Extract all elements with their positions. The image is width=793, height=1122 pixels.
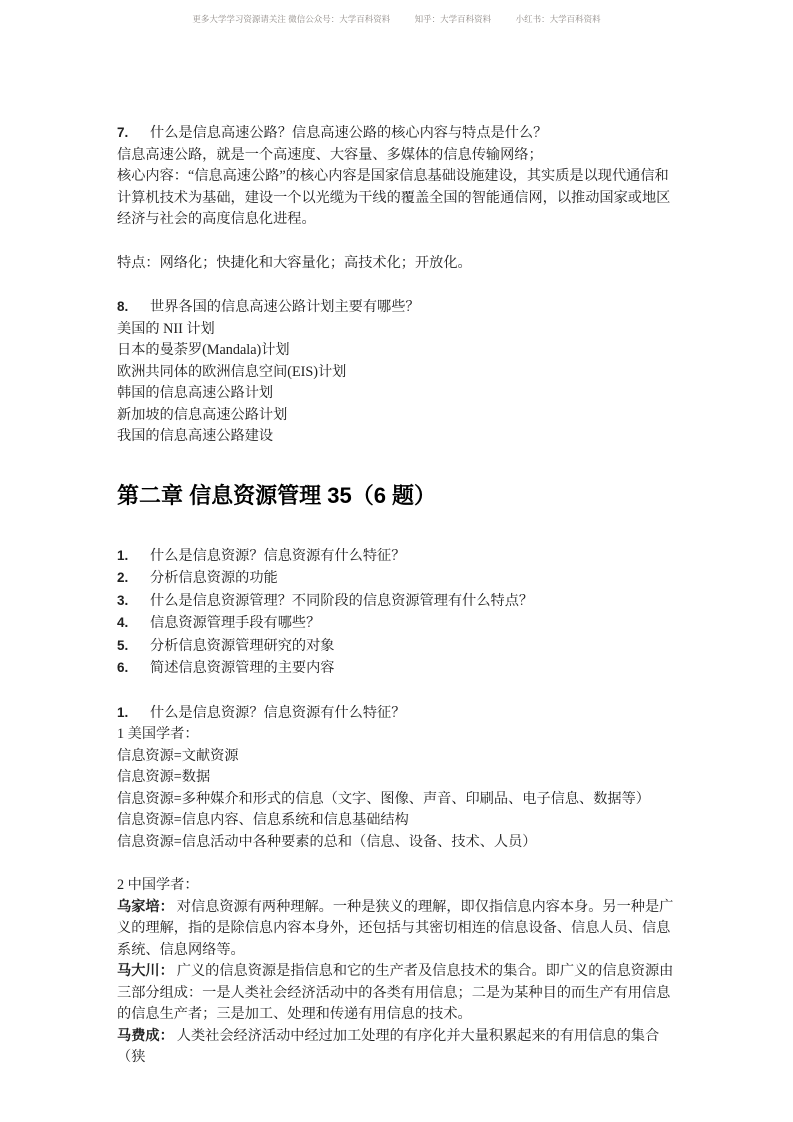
header-promo-text: 更多大学学习资源请关注 微信公众号：大学百科资料 [192, 14, 390, 24]
scholar-view: 广义的信息资源是指信息和它的生产者及信息技术的集合。即广义的信息资源由三部分组成… [117, 963, 673, 1022]
page-header: 更多大学学习资源请关注 微信公众号：大学百科资料 知乎：大学百科资料 小红书：大… [0, 0, 793, 25]
answer-1-question-text: 什么是信息资源？信息资源有什么特征？ [150, 705, 405, 721]
plan-item: 美国的 NII 计划 [117, 319, 676, 341]
question-7-text: 什么是信息高速公路？信息高速公路的核心内容与特点是什么？ [150, 125, 547, 141]
scholar-name: 乌家培： [117, 899, 174, 915]
question-item-number: 3. [117, 590, 150, 612]
question-7-number: 7. [117, 122, 150, 144]
question-item-text: 信息资源管理手段有哪些？ [150, 615, 320, 631]
scholar-name: 马大川： [117, 963, 174, 979]
chapter-question-list: 1.什么是信息资源？信息资源有什么特征？ 2.分析信息资源的功能 3.什么是信息… [117, 545, 676, 680]
document-page: 更多大学学习资源请关注 微信公众号：大学百科资料 知乎：大学百科资料 小红书：大… [0, 0, 793, 1122]
question-item-number: 4. [117, 612, 150, 634]
answer-1-question-line: 1.什么是信息资源？信息资源有什么特征？ [117, 702, 676, 725]
question-8-text: 世界各国的信息高速公路计划主要有哪些？ [150, 299, 420, 315]
q7-features-paragraph: 特点：网络化；快捷化和大容量化；高技术化；开放化。 [117, 253, 676, 275]
scholar-view: 人类社会经济活动中经过加工处理的有序化并大量积累起来的有用信息的集合（狭 [117, 1028, 659, 1066]
definition-line: 信息资源=数据 [117, 767, 676, 789]
american-scholars-label: 1 美国学者： [117, 724, 676, 746]
header-zhihu-text: 知乎：大学百科资料 [415, 14, 492, 24]
answer-1-number: 1. [117, 702, 150, 724]
chinese-scholars-label: 2 中国学者： [117, 875, 676, 897]
definition-line: 信息资源=信息内容、信息系统和信息基础结构 [117, 810, 676, 832]
question-item-text: 分析信息资源管理研究的对象 [150, 638, 334, 654]
scholar-paragraph: 乌家培：对信息资源有两种理解。一种是狭义的理解，即仅指信息内容本身。另一种是广义… [117, 897, 676, 962]
question-item: 5.分析信息资源管理研究的对象 [117, 635, 676, 658]
question-item: 6.简述信息资源管理的主要内容 [117, 657, 676, 680]
chapter-title: 第二章 信息资源管理 35（6 题） [117, 482, 676, 509]
plan-item: 日本的曼荼罗(Mandala)计划 [117, 340, 676, 362]
question-item: 3.什么是信息资源管理？不同阶段的信息资源管理有什么特点？ [117, 590, 676, 613]
question-item-number: 1. [117, 545, 150, 567]
question-item-text: 分析信息资源的功能 [150, 570, 278, 586]
question-item-text: 什么是信息资源管理？不同阶段的信息资源管理有什么特点？ [150, 593, 533, 609]
scholar-name: 马费成： [117, 1028, 174, 1044]
definition-line: 信息资源=文献资源 [117, 746, 676, 768]
definition-line: 信息资源=信息活动中各种要素的总和（信息、设备、技术、人员） [117, 832, 676, 854]
question-item-number: 5. [117, 635, 150, 657]
question-item: 4.信息资源管理手段有哪些？ [117, 612, 676, 635]
q7-definition-paragraph: 信息高速公路，就是一个高速度、大容量、多媒体的信息传输网络； [117, 145, 676, 167]
scholar-paragraph: 马大川：广义的信息资源是指信息和它的生产者及信息技术的集合。即广义的信息资源由三… [117, 961, 676, 1026]
plan-item: 韩国的信息高速公路计划 [117, 383, 676, 405]
plan-item: 我国的信息高速公路建设 [117, 426, 676, 448]
question-item: 2.分析信息资源的功能 [117, 567, 676, 590]
definition-line: 信息资源=多种媒介和形式的信息（文字、图像、声音、印刷品、电子信息、数据等） [117, 789, 676, 811]
plan-item: 欧洲共同体的欧洲信息空间(EIS)计划 [117, 362, 676, 384]
q7-core-content-paragraph: 核心内容：“信息高速公路”的核心内容是国家信息基础设施建设，其实质是以现代通信和… [117, 166, 676, 231]
header-xiaohongshu-text: 小红书：大学百科资料 [516, 14, 601, 24]
scholar-paragraph: 马费成：人类社会经济活动中经过加工处理的有序化并大量积累起来的有用信息的集合（狭 [117, 1026, 676, 1069]
question-item-number: 2. [117, 567, 150, 589]
plan-item: 新加坡的信息高速公路计划 [117, 405, 676, 427]
document-content: 7.什么是信息高速公路？信息高速公路的核心内容与特点是什么？ 信息高速公路，就是… [0, 122, 793, 1069]
question-item-text: 什么是信息资源？信息资源有什么特征？ [150, 548, 405, 564]
question-item-number: 6. [117, 657, 150, 679]
scholar-view: 对信息资源有两种理解。一种是狭义的理解，即仅指信息内容本身。另一种是广义的理解，… [117, 899, 673, 958]
question-item: 1.什么是信息资源？信息资源有什么特征？ [117, 545, 676, 568]
question-8-line: 8.世界各国的信息高速公路计划主要有哪些？ [117, 296, 676, 319]
question-8-number: 8. [117, 296, 150, 318]
question-7-line: 7.什么是信息高速公路？信息高速公路的核心内容与特点是什么？ [117, 122, 676, 145]
question-item-text: 简述信息资源管理的主要内容 [150, 660, 334, 676]
